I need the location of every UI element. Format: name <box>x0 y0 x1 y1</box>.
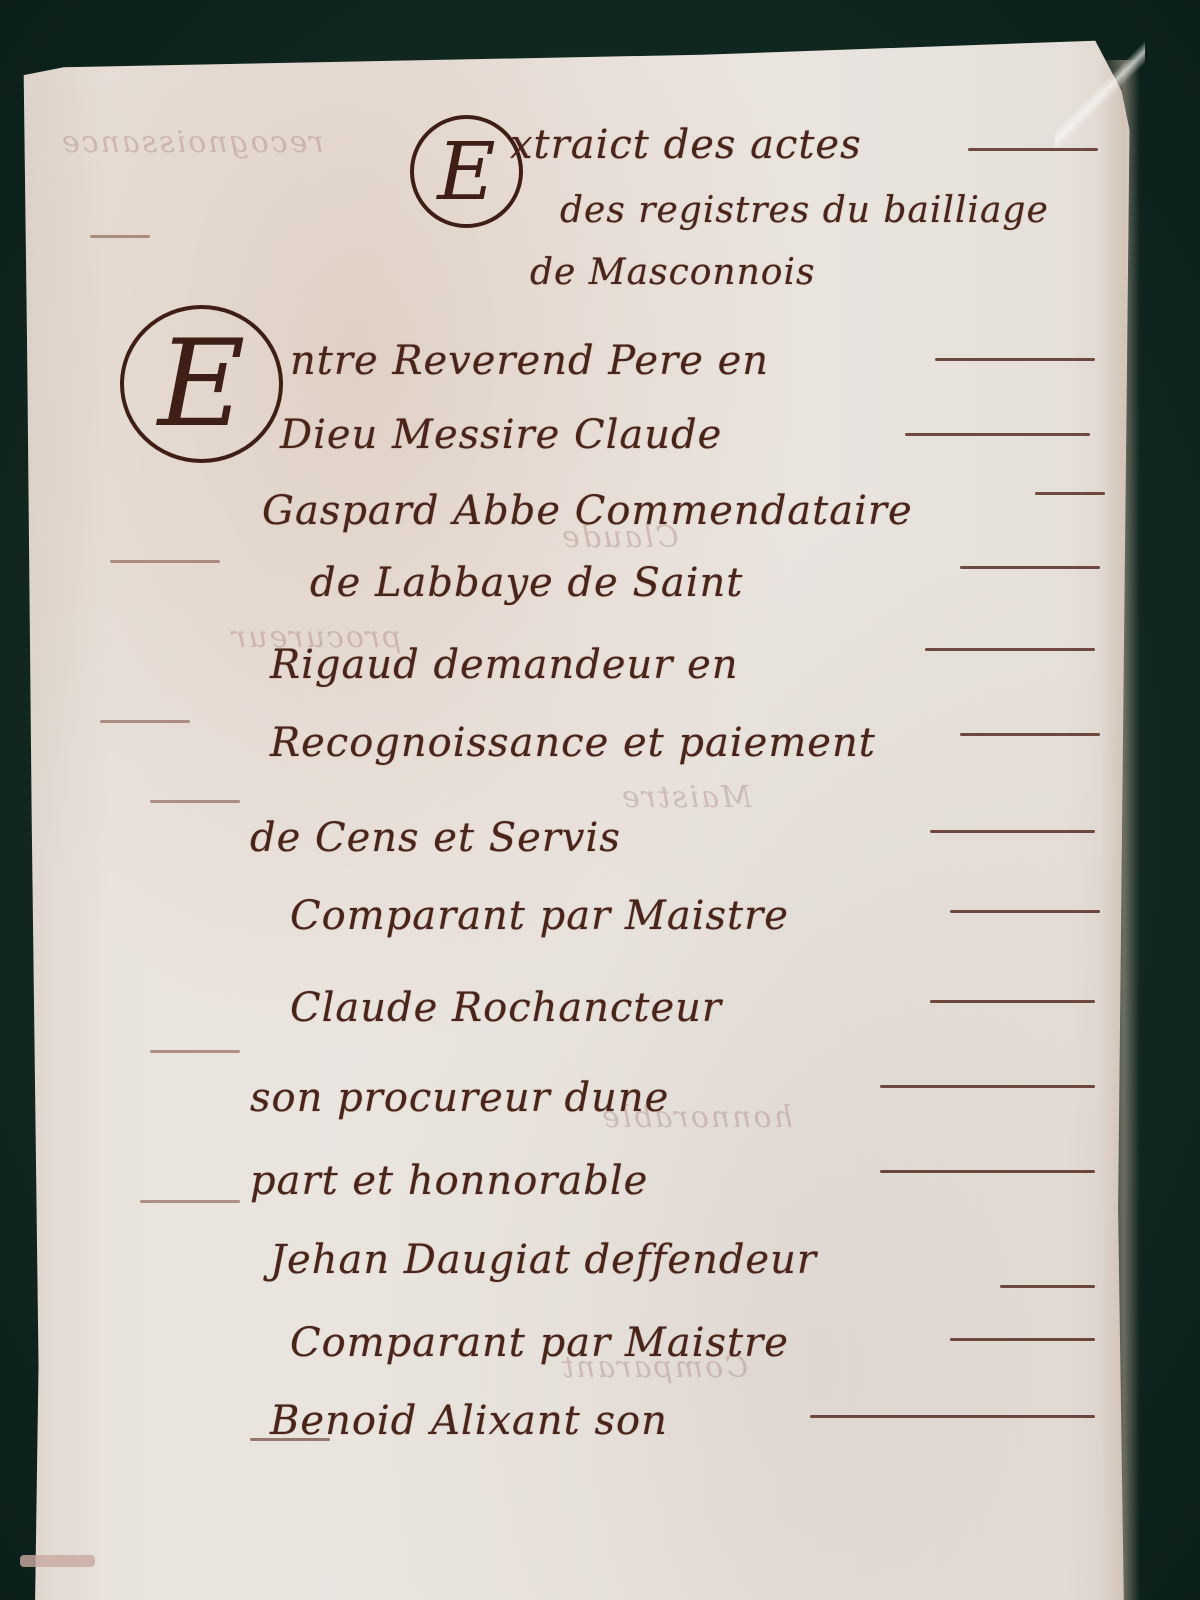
line-filler <box>950 910 1100 913</box>
line-filler <box>930 1000 1095 1003</box>
margin-rule <box>100 720 190 723</box>
body-line-10: son procureur dune <box>250 1075 669 1121</box>
margin-rule <box>150 800 240 803</box>
body-line-9: Claude Rochancteur <box>290 985 722 1031</box>
line-filler <box>950 1338 1095 1341</box>
line-filler <box>810 1415 1095 1418</box>
line-filler <box>960 566 1100 569</box>
line-filler <box>930 830 1095 833</box>
body-line-1: ntre Reverend Pere en <box>290 338 769 384</box>
bleed-through-text: Maistre <box>620 780 752 815</box>
decorated-initial-heading: E <box>410 115 523 228</box>
body-line-2: Dieu Messire Claude <box>280 412 722 458</box>
line-filler <box>925 648 1095 651</box>
margin-rule <box>110 560 220 563</box>
body-line-6: Recognoissance et paiement <box>270 720 876 766</box>
decorated-initial-body: E <box>120 305 283 463</box>
binding-thread <box>20 1555 95 1567</box>
heading-line-2: des registres du bailliage <box>560 190 1049 231</box>
body-line-11: part et honnorable <box>250 1158 648 1204</box>
body-line-12: Jehan Daugiat deffendeur <box>270 1237 817 1283</box>
margin-rule <box>90 235 150 238</box>
line-filler <box>968 148 1098 151</box>
body-line-3: Gaspard Abbe Commendataire <box>262 488 913 534</box>
body-line-5: Rigaud demandeur en <box>270 642 739 688</box>
line-filler <box>960 733 1100 736</box>
page-edge-shadow <box>1100 60 1140 1600</box>
body-line-8: Comparant par Maistre <box>290 893 789 939</box>
body-line-14: Benoid Alixant son <box>270 1398 668 1444</box>
bleed-through-text: recognoissance <box>60 125 324 160</box>
line-filler <box>880 1085 1095 1088</box>
body-line-13: Comparant par Maistre <box>290 1320 789 1366</box>
body-line-4: de Labbaye de Saint <box>310 560 743 606</box>
margin-rule <box>150 1050 240 1053</box>
line-filler <box>880 1170 1095 1173</box>
body-line-7: de Cens et Servis <box>250 815 621 861</box>
heading-line-3: de Masconnois <box>530 252 815 293</box>
line-filler <box>905 433 1090 436</box>
line-filler <box>1035 492 1105 495</box>
heading-line-1: xtraict des actes <box>510 122 862 168</box>
line-filler <box>935 358 1095 361</box>
margin-rule <box>140 1200 240 1203</box>
line-filler <box>1000 1285 1095 1288</box>
line-filler <box>250 1438 330 1441</box>
